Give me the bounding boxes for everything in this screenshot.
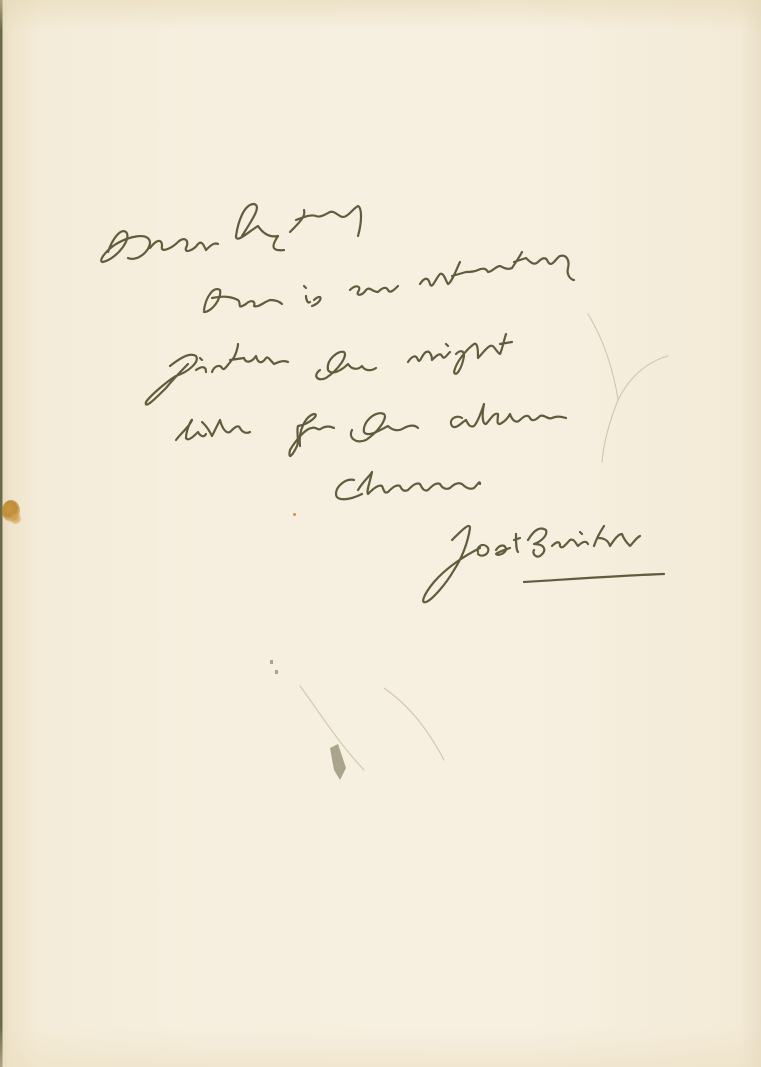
paper-page: Dear Sydney Here is an interesting pictu… (0, 0, 761, 1067)
body-line-2: picture you might (145, 340, 380, 370)
handwriting-strokes (0, 0, 761, 1067)
salutation-text: Dear Sydney (100, 212, 268, 242)
closing-text: Cheerio (336, 470, 440, 500)
body-line-3: like for your album (175, 406, 427, 436)
signature-text: Joe Binks (430, 530, 553, 560)
stain-mark-small (10, 513, 21, 524)
body-line-1: Here is an interesting (200, 270, 489, 300)
ink-dot (293, 513, 296, 516)
